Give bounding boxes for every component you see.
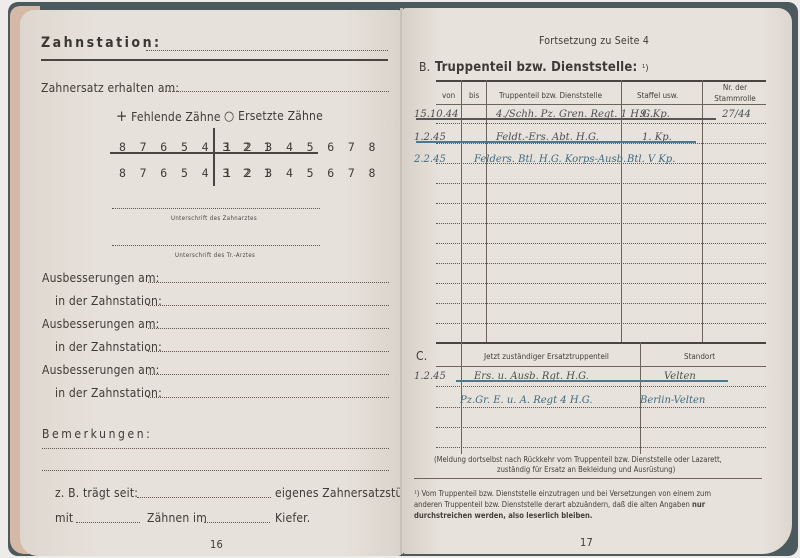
table-b-row[interactable]: [436, 203, 766, 204]
dentist-signature-label: Unterschrift des Zahnarztes: [171, 215, 257, 222]
entry-stammrolle: 27/44: [722, 109, 751, 120]
column-header-location: Standort: [684, 352, 715, 361]
own-denture-label: eigenes Zahnersatzstück: [275, 486, 415, 500]
denture-received-field[interactable]: [165, 91, 389, 92]
circle-icon: ○: [224, 109, 234, 124]
replaced-teeth-label: Ersetzte Zähne: [238, 109, 323, 123]
dentist-signature-field[interactable]: [112, 208, 320, 209]
continuation-header: Fortsetzung zu Seite 4: [539, 35, 649, 47]
table-b-row[interactable]: [436, 323, 766, 324]
table-c-row[interactable]: [436, 407, 766, 408]
strikethrough-line: [416, 118, 716, 120]
column-header-replacement-unit: Jetzt zuständiger Ersatztruppenteil: [484, 352, 609, 361]
doctor-signature-field[interactable]: [112, 245, 320, 246]
plus-icon: +: [116, 107, 128, 125]
footnote-line-3: durchstreichen werden, also leserlich bl…: [414, 511, 592, 520]
entry-replacement-unit: Pz.Gr. E. u. A. Regt 4 H.G.: [460, 395, 593, 406]
jaw-label: Kiefer.: [275, 511, 310, 525]
table-b-row[interactable]: [436, 143, 766, 144]
repair-date-field[interactable]: [148, 374, 389, 375]
table-b-row[interactable]: [436, 123, 766, 124]
table-c-row[interactable]: [436, 447, 766, 448]
section-b-title: B. Truppenteil bzw. Dienststelle: ¹): [419, 56, 649, 75]
page-number: 17: [580, 536, 593, 549]
missing-teeth-label: Fehlende Zähne: [131, 110, 221, 124]
table-c-row[interactable]: [436, 386, 766, 387]
repair-date-label: Ausbesserungen am:: [42, 271, 160, 285]
column-header-staffel: Staffel usw.: [637, 91, 678, 100]
column-header-von: von: [442, 91, 455, 100]
table-c-top-rule: [436, 342, 766, 344]
section-b-heading: Truppenteil bzw. Dienststelle:: [435, 60, 638, 75]
notice-line-2: zuständig für Ersatz an Bekleidung und A…: [497, 465, 675, 474]
teeth-in-label: Zähnen im: [147, 511, 207, 525]
entry-from-date: 2.2.45: [414, 154, 446, 165]
repair-station-field[interactable]: [148, 397, 389, 398]
doctor-signature-label: Unterschrift des Tr.-Arztes: [175, 252, 255, 259]
strikethrough-line: [416, 141, 696, 143]
column-header-stammrolle: Nr. der Stammrolle: [710, 82, 760, 104]
chart-vertical-axis: [213, 128, 215, 186]
page-number: 16: [210, 538, 223, 551]
remarks-field-2[interactable]: [42, 470, 389, 471]
dental-station-field[interactable]: [146, 50, 388, 51]
repair-station-field[interactable]: [148, 305, 389, 306]
table-b-row[interactable]: [436, 223, 766, 224]
wears-since-label: z. B. trägt seit:: [55, 486, 138, 500]
right-page: Fortsetzung zu Seite 4 B. Truppenteil bz…: [402, 8, 792, 554]
dental-station-title: Zahnstation:: [41, 35, 162, 51]
table-b-row[interactable]: [436, 303, 766, 304]
teeth-count-field[interactable]: [76, 522, 140, 523]
footnote-ref: ¹): [642, 64, 649, 74]
entry-staffel: Btl. V Kp.: [627, 154, 675, 165]
entry-date: 1.2.45: [414, 371, 446, 382]
title-rule: [41, 59, 388, 61]
column-header-unit: Truppenteil bzw. Dienststelle: [499, 91, 602, 100]
table-b-row[interactable]: [436, 183, 766, 184]
remarks-label: Bemerkungen:: [42, 427, 152, 441]
remarks-field-1[interactable]: [42, 448, 389, 449]
entry-location: Berlin-Velten: [640, 395, 705, 406]
left-page: Zahnstation: Zahnersatz erhalten am: + F…: [20, 10, 402, 556]
entry-unit: Felders. Btl. H.G. Korps-Ausb.: [474, 154, 626, 165]
denture-received-label: Zahnersatz erhalten am:: [41, 81, 179, 95]
repair-station-label: in der Zahnstation:: [55, 294, 162, 308]
table-c-header-rule: [436, 366, 766, 367]
footnote-emphasis: nur: [692, 500, 705, 509]
repair-date-field[interactable]: [148, 328, 389, 329]
footnote-line-1: ¹) Vom Truppenteil bzw. Dienststelle ein…: [414, 489, 711, 498]
section-b-letter: B.: [419, 60, 430, 74]
table-b-row[interactable]: [436, 283, 766, 284]
replaced-teeth-legend: ○ Ersetzte Zähne: [224, 109, 323, 124]
strikethrough-line: [456, 380, 728, 382]
lower-left-teeth: 1 2 3 4 5 6 7 8: [224, 166, 379, 180]
table-b-row[interactable]: [436, 243, 766, 244]
footnote-line-2-text: anderen Truppenteil bzw. Dienststelle de…: [414, 500, 690, 509]
missing-teeth-legend: + Fehlende Zähne: [116, 107, 221, 125]
repair-date-field[interactable]: [148, 282, 389, 283]
table-c-row[interactable]: [436, 427, 766, 428]
wears-since-field[interactable]: [137, 497, 271, 498]
repair-station-label: in der Zahnstation:: [55, 340, 162, 354]
notice-line-1: (Meldung dortselbst nach Rückkehr vom Tr…: [434, 455, 722, 464]
table-b-row[interactable]: [436, 263, 766, 264]
repair-station-field[interactable]: [148, 351, 389, 352]
repair-date-label: Ausbesserungen am:: [42, 363, 160, 377]
section-c-letter: C.: [416, 349, 427, 363]
repair-station-label: in der Zahnstation:: [55, 386, 162, 400]
jaw-field[interactable]: [204, 522, 270, 523]
column-header-bis: bis: [469, 91, 479, 100]
footnote-line-2: anderen Truppenteil bzw. Dienststelle de…: [414, 500, 705, 509]
footnote-rule: [414, 478, 762, 479]
with-label: mit: [55, 511, 73, 525]
repair-date-label: Ausbesserungen am:: [42, 317, 160, 331]
